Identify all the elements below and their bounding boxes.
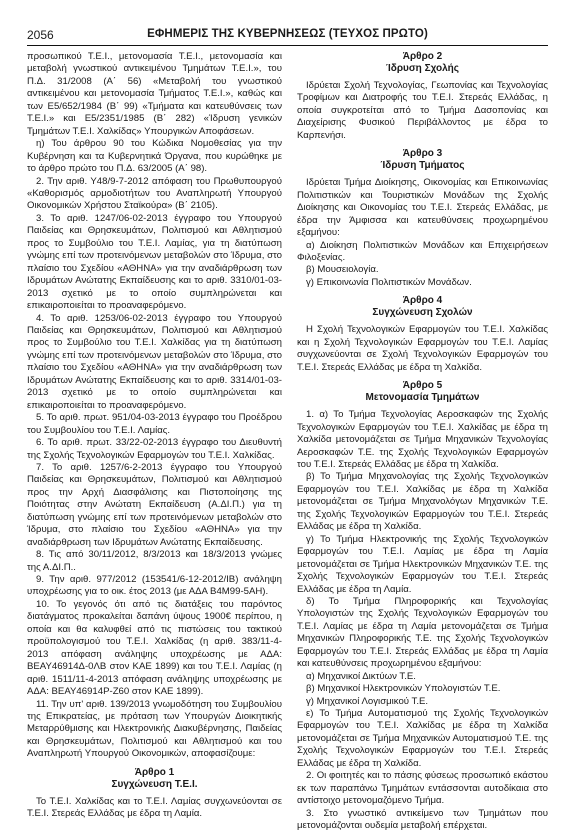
article-2-heading: Άρθρο 2 Ίδρυση Σχολής xyxy=(297,51,548,75)
right-column: Άρθρο 2 Ίδρυση Σχολής Ιδρύεται Σχολή Τεχ… xyxy=(297,51,548,833)
paragraph-9: 9. Την αριθ. 977/2012 (153541/6-12-2012/… xyxy=(27,574,282,599)
article-2-text: Ιδρύεται Σχολή Τεχνολογίας, Γεωπονίας κα… xyxy=(297,80,548,142)
paragraph-10: 10. Το γεγονός ότι από τις διατάξεις του… xyxy=(27,599,282,699)
article-5-title: Μετονομασία Τμημάτων xyxy=(297,392,548,404)
article-5-subitem-b: β) Μηχανικοί Ηλεκτρονικών Υπολογιστών Τ.… xyxy=(297,683,548,695)
journal-title: ΕΦΗΜΕΡΙΣ ΤΗΣ ΚΥΒΕΡΝΗΣΕΩΣ (ΤΕΥΧΟΣ ΠΡΩΤΟ) xyxy=(27,28,548,40)
article-2-title: Ίδρυση Σχολής xyxy=(297,63,548,75)
paragraph-6: 6. Το αριθ. πρωτ. 33/22-02-2013 έγγραφο … xyxy=(27,437,282,462)
article-4-number: Άρθρο 4 xyxy=(297,295,548,307)
article-1-title: Συγχώνευση Τ.Ε.Ι. xyxy=(27,779,282,791)
paragraph-7: 7. Το αριθ. 1257/6-2-2013 έγγραφο του Υπ… xyxy=(27,462,282,549)
article-3-item-a: α) Διοίκηση Πολιτιστικών Μονάδων και Επι… xyxy=(297,240,548,265)
article-5-heading: Άρθρο 5 Μετονομασία Τμημάτων xyxy=(297,380,548,404)
paragraph-2: 2. Την αριθ. Υ48/9-7-2012 απόφαση του Πρ… xyxy=(27,176,282,213)
article-3-number: Άρθρο 3 xyxy=(297,148,548,160)
article-5-para-1d: δ) Το Τμήμα Πληροφορικής και Τεχνολογίας… xyxy=(297,596,548,671)
article-5-number: Άρθρο 5 xyxy=(297,380,548,392)
article-5-subitem-c: γ) Μηχανικοί Λογισμικού Τ.Ε. xyxy=(297,696,548,708)
paragraph-11: 11. Την υπ' αριθ. 139/2013 γνωμοδότηση τ… xyxy=(27,699,282,761)
article-2-number: Άρθρο 2 xyxy=(297,51,548,63)
article-3-item-b: β) Μουσειολογία. xyxy=(297,264,548,276)
article-3-item-c: γ) Επικοινωνία Πολιτιστικών Μονάδων. xyxy=(297,277,548,289)
article-1-number: Άρθρο 1 xyxy=(27,767,282,779)
page-header: 2056 ΕΦΗΜΕΡΙΣ ΤΗΣ ΚΥΒΕΡΝΗΣΕΩΣ (ΤΕΥΧΟΣ ΠΡ… xyxy=(27,28,548,46)
article-5-para-1b: β) Το Τμήμα Μηχανολογίας της Σχολής Τεχν… xyxy=(297,471,548,533)
left-column: προσωπικού Τ.Ε.Ι., μετονομασία Τ.Ε.Ι., μ… xyxy=(27,51,282,821)
article-5-para-1a: 1. α) Το Τμήμα Τεχνολογίας Αεροσκαφών τη… xyxy=(297,409,548,471)
article-5-para-2: 2. Οι φοιτητές και το πάσης φύσεως προσω… xyxy=(297,770,548,807)
paragraph-3: 3. Το αριθ. 1247/06-02-2013 έγγραφο του … xyxy=(27,213,282,313)
article-3-title: Ίδρυση Τμήματος xyxy=(297,160,548,172)
article-5-subitem-a: α) Μηχανικοί Δικτύων Τ.Ε. xyxy=(297,671,548,683)
article-3-heading: Άρθρο 3 Ίδρυση Τμήματος xyxy=(297,148,548,172)
article-5-para-1c: γ) Το Τμήμα Ηλεκτρονικής της Σχολής Τεχν… xyxy=(297,534,548,596)
paragraph-4: 4. Το αριθ. 1253/06-02-2013 έγγραφο του … xyxy=(27,313,282,413)
article-5-para-3: 3. Στο γνωστικό αντικείμενο των Τμημάτων… xyxy=(297,808,548,833)
article-4-text: Η Σχολή Τεχνολογικών Εφαρμογών του Τ.Ε.Ι… xyxy=(297,324,548,374)
paragraph-8: 8. Τις από 30/11/2012, 8/3/2013 και 18/3… xyxy=(27,549,282,574)
paragraph-continuation: προσωπικού Τ.Ε.Ι., μετονομασία Τ.Ε.Ι., μ… xyxy=(27,51,282,138)
article-1-heading: Άρθρο 1 Συγχώνευση Τ.Ε.Ι. xyxy=(27,767,282,791)
article-4-heading: Άρθρο 4 Συγχώνευση Σχολών xyxy=(297,295,548,319)
paragraph-5: 5. Το αριθ. πρωτ. 951/04-03-2013 έγγραφο… xyxy=(27,412,282,437)
article-5-para-1e: ε) Το Τμήμα Αυτοματισμού της Σχολής Τεχν… xyxy=(297,708,548,770)
article-4-title: Συγχώνευση Σχολών xyxy=(297,307,548,319)
paragraph-eta: η) Του άρθρου 90 του Κώδικα Νομοθεσίας γ… xyxy=(27,138,282,175)
article-3-text: Ιδρύεται Τμήμα Διοίκησης, Οικονομίας και… xyxy=(297,177,548,239)
article-1-text: Το Τ.Ε.Ι. Χαλκίδας και το Τ.Ε.Ι. Λαμίας … xyxy=(27,796,282,821)
